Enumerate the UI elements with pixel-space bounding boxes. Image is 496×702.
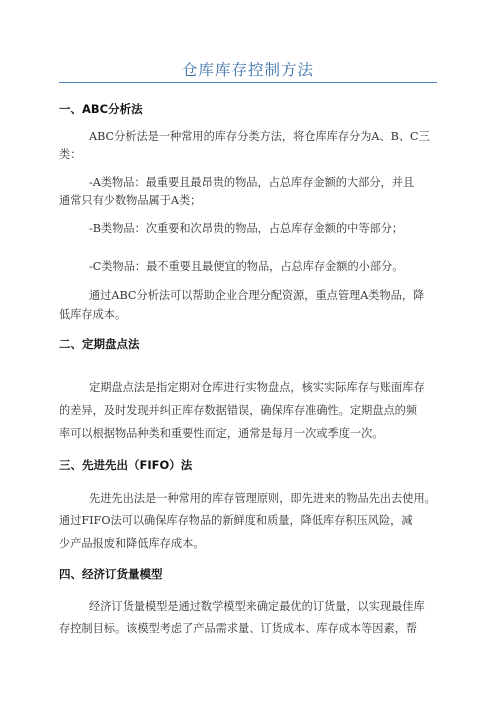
section-heading-abc: 一、ABC分析法: [59, 101, 143, 117]
document-page: 仓库库存控制方法 一、ABC分析法 ABC分析法是一种常用的库存分类方法，将仓库…: [0, 0, 496, 702]
paragraph-line: 的差异，及时发现并纠正库存数据错误，确保库存准确性。定期盘点的频: [59, 402, 439, 420]
paragraph-line: 类：: [59, 146, 439, 164]
section-heading-eoq: 四、经济订货量模型: [59, 566, 163, 582]
page-title: 仓库库存控制方法: [59, 58, 437, 80]
paragraph-line: 定期盘点法是指定期对仓库进行实物盘点，核实实际库存与账面库存: [59, 379, 469, 397]
paragraph-line: 经济订货量模型是通过数学模型来确定最优的订货量，以实现最佳库: [59, 598, 469, 616]
paragraph-line: 先进先出法是一种常用的库存管理原则，即先进来的物品先出去使用。: [59, 490, 469, 508]
title-divider: [59, 82, 437, 83]
paragraph-line: ABC分析法是一种常用的库存分类方法，将仓库库存分为A、B、C三: [59, 128, 469, 146]
paragraph-line: 少产品报废和降低库存成本。: [59, 535, 439, 553]
paragraph-line: -B类物品：次重要和次昂贵的物品，占总库存金额的中等部分；: [59, 220, 469, 238]
section-heading-fifo: 三、先进先出（FIFO）法: [59, 457, 192, 473]
paragraph-line: 通过ABC分析法可以帮助企业合理分配资源，重点管理A类物品，降: [59, 287, 469, 305]
paragraph-line: 存控制目标。该模型考虑了产品需求量、订货成本、库存成本等因素，帮: [59, 620, 439, 638]
paragraph-line: 率可以根据物品种类和重要性而定，通常是每月一次或季度一次。: [59, 425, 439, 443]
paragraph-line: -A类物品：最重要且最昂贵的物品，占总库存金额的大部分，并且: [59, 174, 469, 192]
paragraph-line: 低库存成本。: [59, 306, 439, 324]
section-heading-periodic: 二、定期盘点法: [59, 336, 140, 352]
paragraph-line: 通过FIFO法可以确保库存物品的新鲜度和质量，降低库存积压风险，减: [59, 512, 439, 530]
paragraph-line: -C类物品：最不重要且最便宜的物品，占总库存金额的小部分。: [59, 258, 469, 276]
paragraph-line: 通常只有少数物品属于A类；: [59, 192, 439, 210]
